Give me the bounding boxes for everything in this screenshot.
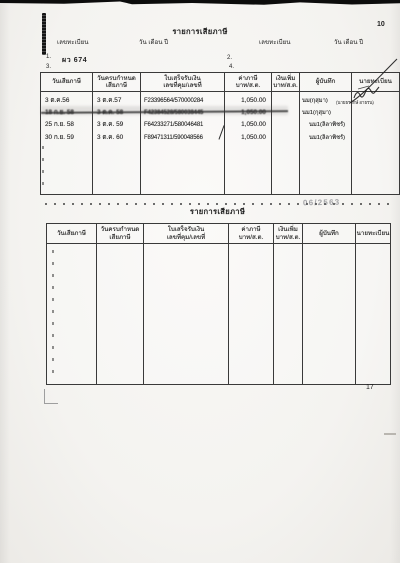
col-header-text: เลขที่คุม/เลขที่ <box>163 82 201 89</box>
col-header-text: ใบเสร็จรับเงิน <box>164 75 200 82</box>
col-header-receipt: ใบเสร็จรับเงิน เลขที่คุม/เลขที่ <box>144 224 229 244</box>
cell-recorder: นม1(ลิลาพิชร์) <box>300 119 351 131</box>
registration-value: ผว 674 <box>62 55 87 66</box>
date-label-right: วัน เดือน ปี <box>334 37 363 47</box>
col-header-text: ใบเสร็จรับเงิน <box>168 226 204 233</box>
column-registrar <box>356 244 390 384</box>
corner-bracket-mark <box>44 389 58 404</box>
registration-label-left: เลขทะเบียน <box>57 37 88 47</box>
col-header-tax: ค่าภาษี บาท/ส.ต. <box>225 73 272 92</box>
date-label-left: วัน เดือน ปี <box>139 37 168 47</box>
registration-label-right: เลขทะเบียน <box>259 37 290 47</box>
col-header-registrar: นายทะเบียน <box>356 224 390 244</box>
col-header-tax: ค่าภาษี บาท/ส.ต. <box>229 224 274 244</box>
cell-due-date: 3 ต.ค. 60 <box>93 132 140 144</box>
col-header-text: เสียภาษี <box>106 82 127 89</box>
registrar-signature-name: (นายธรรักษ์ อาธรน) <box>336 100 374 107</box>
column-surcharge <box>274 244 303 384</box>
item1-number: 1. <box>46 54 51 60</box>
cell-surcharge <box>272 132 299 144</box>
col-header-text: ค่าภาษี <box>238 75 257 82</box>
col-header-text: เงินเพิ่ม <box>278 226 298 233</box>
col-header-due-date: วันครบกำหนด เสียภาษี <box>93 73 141 92</box>
scan-speck <box>384 433 396 435</box>
margin-speck-column <box>52 250 54 378</box>
cell-pay-date: 30 ก.ย. 59 <box>41 132 92 144</box>
cell-due-date: 3 ต.ค. 59 <box>93 119 140 131</box>
col-header-pay-date: วันเสียภาษี <box>41 73 93 92</box>
bottom-page-number: 17 <box>366 384 374 391</box>
col-header-due-date: วันครบกำหนด เสียภาษี <box>97 224 144 244</box>
cell-recorder: นม1(กุสุมา) <box>300 107 351 119</box>
cell-receipt: F89471311/590048566 <box>141 132 224 144</box>
col-header-recorder: ผู้บันทึก <box>303 224 356 244</box>
col-header-text: เสียภาษี <box>109 234 130 241</box>
col-header-text: วันครบกำหนด <box>101 226 140 233</box>
col-header-text: วันครบกำหนด <box>97 75 136 82</box>
col-header-text: บาท/ส.ต. <box>273 82 297 89</box>
col-header-surcharge: เงินเพิ่ม บาท/ส.ต. <box>274 224 303 244</box>
col-header-text: เลขที่คุม/เลขที่ <box>167 234 205 241</box>
col-header-text: เงินเพิ่ม <box>276 75 296 82</box>
col-header-text: บาท/ส.ต. <box>236 82 260 89</box>
item2-number: 2. <box>227 55 232 61</box>
tax-record-table-2: วันเสียภาษี วันครบกำหนด เสียภาษี ใบเสร็จ… <box>46 223 391 385</box>
column-due-date <box>97 244 144 384</box>
scanned-tax-record-page: { "page": { "top_page_number": "10", "bo… <box>0 0 400 563</box>
table2-title: รายการเสียภาษี <box>46 206 389 218</box>
column-recorder <box>303 244 356 384</box>
item3-number: 3. <box>46 64 51 70</box>
column-pay-date <box>47 244 97 384</box>
item4-number: 4. <box>229 64 234 70</box>
col-header-receipt: ใบเสร็จรับเงิน เลขที่คุม/เลขที่ <box>141 73 225 92</box>
col-header-text: บาท/ส.ต. <box>276 234 300 241</box>
cell-surcharge <box>272 119 299 131</box>
margin-speck-column <box>42 146 44 192</box>
cell-recorder: นม1(ลิลาพิชร์) <box>300 132 351 144</box>
col-header-pay-date: วันเสียภาษี <box>47 224 97 244</box>
col-header-text: ค่าภาษี <box>241 226 260 233</box>
col-header-text: วันเสียภาษี <box>52 78 81 85</box>
cell-tax-amount: 1,050.00 <box>225 132 271 144</box>
col-header-text: วันเสียภาษี <box>57 230 86 237</box>
col-header-text: บาท/ส.ต. <box>239 234 263 241</box>
col-header-text: ผู้บันทึก <box>319 230 339 237</box>
col-header-text: ผู้บันทึก <box>316 78 336 85</box>
cell-pay-date: 25 ก.ย. 58 <box>41 119 92 131</box>
cell-receipt: F64233271/580046481 <box>141 119 224 131</box>
column-tax-amount <box>229 244 274 384</box>
col-header-surcharge: เงินเพิ่ม บาท/ส.ต. <box>272 73 300 92</box>
top-edge-scan-artifact <box>0 0 400 6</box>
cell-tax-amount: 1,050.00 <box>225 119 271 131</box>
col-header-text: นายทะเบียน <box>357 230 390 237</box>
column-receipt <box>144 244 229 384</box>
